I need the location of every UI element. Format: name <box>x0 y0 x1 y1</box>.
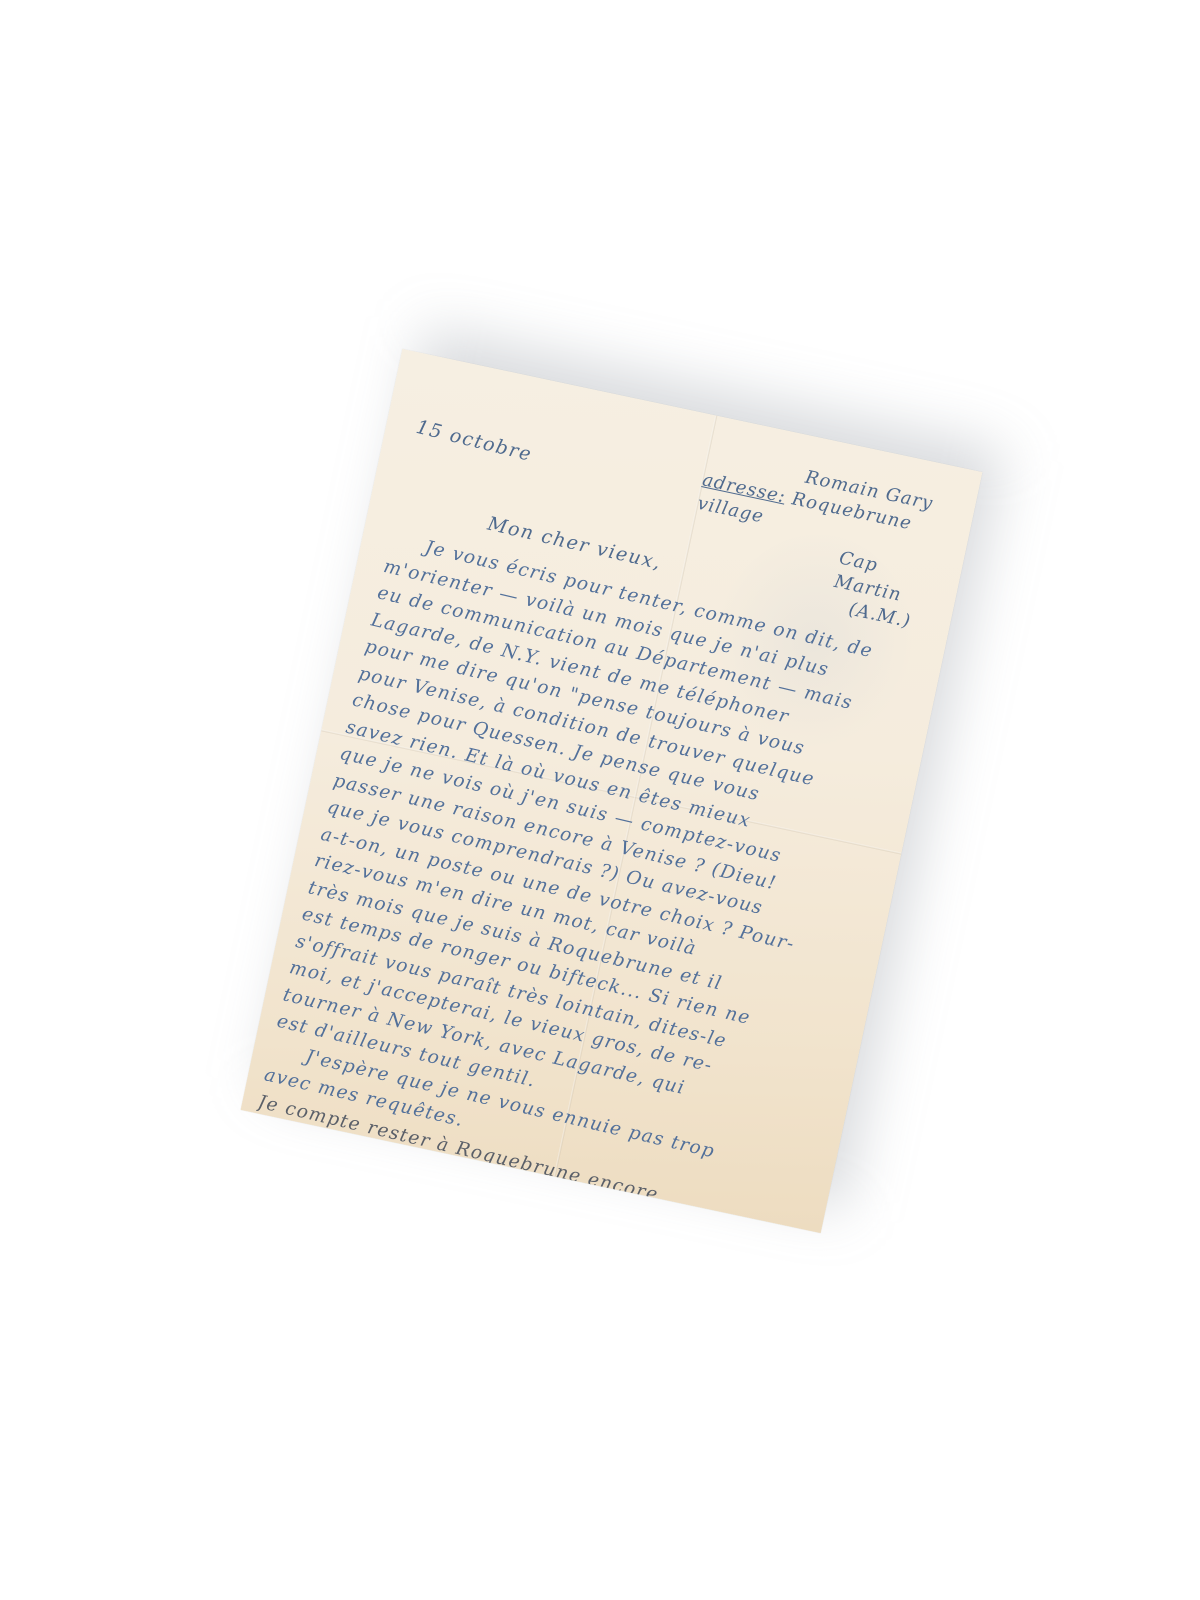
handwritten-letter: 15 octobre Romain Gary adresse: Roquebru… <box>241 349 983 1233</box>
letter-date: 15 octobre <box>414 416 535 466</box>
letter-body: Je vous écris pour tenter, comme on dit,… <box>249 526 924 1233</box>
photo-scene: 15 octobre Romain Gary adresse: Roquebru… <box>0 0 1200 1600</box>
